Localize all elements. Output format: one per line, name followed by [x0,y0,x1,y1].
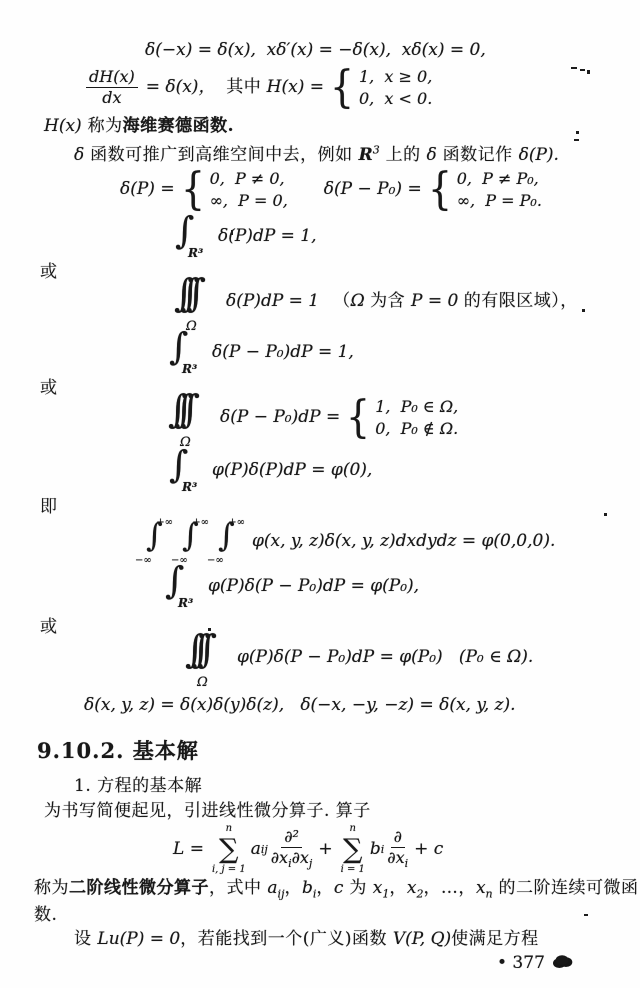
fraction-denominator: dx [102,88,121,107]
summation-sign: n∑i = 1 [341,824,365,875]
formula-body: δ(P − P₀)dP = 1, [212,342,354,363]
paragraph-fundamental-solution-setup: 设 Lu(P) = 0，若能找到一个(广义)函数 V(P, Q)使满足方程 [74,929,539,950]
case-bottom: ∞, P = 0, [210,190,288,212]
ink-speck [587,70,590,74]
formula-triple-integral-omega-phi-delta-P0: ∫∫∫Ωφ(P)δ(P − P₀)dP = φ(P₀) (P₀ ∈ Ω). [183,636,533,680]
ink-speck [208,628,211,631]
connector-namely: 即 [40,497,58,518]
formula-lead: δ(P − P₀) = [324,179,422,200]
case-top: 1, x ≥ 0, [359,66,432,88]
brace-glyph: { [330,68,354,108]
formula-infinite-triple-integral: ∫+∞−∞∫+∞−∞∫+∞−∞φ(x, y, z)δ(x, y, z)dxdyd… [136,518,555,566]
formula-text: δ(x, y, z) = δ(x)δ(y)δ(z), δ(−x, −y, −z)… [84,695,516,715]
text-content: 1. 方程的基本解 [74,776,202,796]
integral-glyph: ∫ [169,328,188,365]
triple-integral-glyph: ∫∫∫ [174,274,192,312]
paragraph-operator-intro: 为书写简便起见，引进线性微分算子. 算子 [44,801,371,822]
partial-fraction: ∂²∂xi∂xj [271,828,313,871]
brace-glyph: { [428,170,452,210]
coefficient-b-subscript: i [381,843,385,857]
ink-speck [604,513,607,516]
integral-glyph: ∫ [165,562,184,599]
ink-speck [582,309,585,312]
integral-subscript: R³ [188,246,203,261]
fraction-dHdx: dH(x)dx [86,68,138,108]
formula-integral-R3-delta-P0: ∫R³δ(P − P₀)dP = 1, [166,332,354,374]
formula-integral-R3-phi-delta: ∫R³φ(P)δ(P)dP = φ(0), [166,450,372,492]
cases-group: {1, x ≥ 0,0, x < 0. [328,66,432,109]
formula-body: δ(P − P₀)dP = [220,407,340,428]
text-content: 即 [40,497,58,517]
ink-speck [580,69,585,71]
sum-glyph: ∑ [219,836,238,863]
partial-term-subscript: j [309,857,312,870]
coefficient-b: b [370,839,381,860]
triple-integral-sign: ∫∫∫Ω [166,396,212,440]
integral-sign: ∫R³ [162,566,200,608]
coefficient-a: a [251,839,261,860]
partial-term-subscript: i [405,857,409,870]
plus-sign: + [318,839,332,860]
formula-text: δ(−x) = δ(x), xδ′(x) = −δ(x), xδ(x) = 0, [145,40,486,60]
triple-integral-sign: ∫∫∫Ω [183,636,229,680]
integral-glyph: ∫ [175,212,194,249]
integral-subscript: R³ [182,362,197,377]
formula-delta-properties: δ(−x) = δ(x), xδ′(x) = −δ(x), xδ(x) = 0, [145,40,486,61]
case-top: 0, P ≠ P₀, [457,168,542,190]
heading-text: 9.10.2. 基本解 [37,738,199,763]
formula-body: φ(P)δ(P − P₀)dP = φ(P₀) (P₀ ∈ Ω). [237,647,533,668]
integral-lower-limit: −∞ [135,555,152,568]
brace-glyph: { [346,398,370,438]
formula-delta-xyz-factorization: δ(x, y, z) = δ(x)δ(y)δ(z), δ(−x, −y, −z)… [84,695,516,716]
integral-sign-with-limits: ∫+∞−∞ [208,518,244,566]
paragraph-operator-description: 称为二阶线性微分算子，式中 aij，bi，c 为 x1，x2，…，xn 的二阶连… [34,878,639,901]
cases-group: {0, P ≠ P₀,∞, P = P₀. [426,168,542,211]
integral-upper-limit: +∞ [192,517,209,530]
connector-or-1: 或 [40,262,58,283]
formula-mid-text: = δ(x)， 其中 H(x) = [146,77,324,98]
fraction-numerator: ∂ [391,828,405,848]
sum-upper-limit: n [226,824,232,834]
integral-sign: ∫R³ [166,332,204,374]
formula-triple-integral-omega-delta-P0: ∫∫∫Ωδ(P − P₀)dP ={1, P₀ ∈ Ω,0, P₀ ∉ Ω. [166,396,458,440]
integral-subscript: Ω [197,675,208,691]
formula-integral-R3-delta: ∫R³δ(P)dP = 1, [172,216,317,258]
connector-or-2: 或 [40,378,58,399]
integral-sign: ∫R³ [166,450,204,492]
text-content: 或 [40,262,58,282]
formula-heaviside-derivative: dH(x)dx= δ(x)， 其中 H(x) ={1, x ≥ 0,0, x <… [86,66,432,109]
text-content: 或 [40,617,58,637]
ink-speck [576,131,579,134]
text-heaviside-name: H(x) 称为海维赛德函数. [44,116,234,137]
triple-integral-glyph: ∫∫∫ [168,390,186,428]
sum-glyph: ∑ [343,836,362,863]
triple-integral-sign: ∫∫∫Ω [172,280,218,324]
connector-or-3: 或 [40,617,58,638]
page-number-text: • 377 [497,953,545,973]
integral-subscript: R³ [178,596,193,611]
sum-upper-limit: n [350,824,356,834]
formula-operator-L: L =n∑i, j = 1aij∂²∂xi∂xj+n∑i = 1bi∂∂xi+ … [170,824,446,875]
integral-subscript: R³ [182,480,197,495]
formula-integral-R3-phi-delta-P0: ∫R³φ(P)δ(P − P₀)dP = φ(P₀), [162,566,419,608]
page-number-end-dot: • [549,942,575,985]
fraction-denominator: ∂xi [387,848,408,871]
formula-deltaP-definition: δ(P) ={0, P ≠ 0,∞, P = 0,δ(P − P₀) ={0, … [120,168,542,211]
cases-group: {1, P₀ ∈ Ω,0, P₀ ∉ Ω. [344,396,458,439]
partial-term: ∂x [292,848,309,867]
partial-fraction: ∂∂xi [387,828,408,871]
integral-upper-limit: +∞ [228,517,245,530]
cases-group: {0, P ≠ 0,∞, P = 0, [179,168,288,211]
partial-term: ∂x [387,848,404,867]
case-bottom: 0, P₀ ∉ Ω. [375,418,458,440]
case-bottom: ∞, P = P₀. [457,190,542,212]
formula-note: （Ω 为含 P = 0 的有限区域）， [333,291,578,312]
fraction-numerator: ∂² [281,828,302,848]
text-delta-generalization: δ 函数可推广到高维空间中去，例如 R3 上的 δ 函数记作 δ(P). [74,143,559,166]
page-number: • 377• [497,953,567,974]
paragraph-continuation: 数. [34,905,57,926]
ink-speck [231,230,233,235]
text-content: 数. [34,905,57,925]
partial-term: ∂x [271,848,288,867]
plus-c-term: + c [414,839,443,860]
coefficient-a-subscript: ij [261,843,268,857]
text-content: δ 函数可推广到高维空间中去，例如 R3 上的 δ 函数记作 δ(P). [74,145,559,165]
integral-glyph: ∫ [169,446,188,483]
case-top: 0, P ≠ 0, [210,168,288,190]
integral-upper-limit: +∞ [156,517,173,530]
triple-integral-glyph: ∫∫∫ [185,630,203,668]
integral-sign: ∫R³ [172,216,210,258]
summation-sign: n∑i, j = 1 [212,824,246,875]
brace-glyph: { [181,170,205,210]
section-heading: 9.10.2. 基本解 [37,738,199,764]
fraction-numerator: dH(x) [86,68,138,88]
text-content: H(x) 称为海维赛德函数. [44,116,234,136]
text-content: 或 [40,378,58,398]
fraction-denominator: ∂xi∂xj [271,848,313,871]
formula-body: δ(P)dP = 1 [226,291,319,312]
ink-speck [584,914,588,916]
text-content: 设 Lu(P) = 0，若能找到一个(广义)函数 V(P, Q)使满足方程 [74,929,539,949]
case-top: 1, P₀ ∈ Ω, [375,396,458,418]
scanned-book-page: δ(−x) = δ(x), xδ′(x) = −δ(x), xδ(x) = 0,… [0,0,640,988]
ink-speck [574,139,579,141]
formula-body: φ(P)δ(P)dP = φ(0), [212,460,372,481]
ink-speck [571,67,577,69]
text-content: 称为二阶线性微分算子，式中 aij，bi，c 为 x1，x2，…，xn 的二阶连… [34,878,639,898]
sum-lower-limit: i, j = 1 [212,865,246,875]
operator-lhs: L = [173,839,204,860]
case-bottom: 0, x < 0. [359,88,432,110]
sum-lower-limit: i = 1 [341,865,365,875]
text-content: 为书写简便起见，引进线性微分算子. 算子 [44,801,371,821]
subsection-title: 1. 方程的基本解 [74,776,202,797]
formula-body: φ(P)δ(P − P₀)dP = φ(P₀), [208,576,419,597]
formula-body: φ(x, y, z)δ(x, y, z)dxdydz = φ(0,0,0). [252,531,555,552]
formula-triple-integral-omega-delta: ∫∫∫Ωδ(P)dP = 1（Ω 为含 P = 0 的有限区域）， [172,280,578,324]
formula-lead: δ(P) = [120,179,175,200]
